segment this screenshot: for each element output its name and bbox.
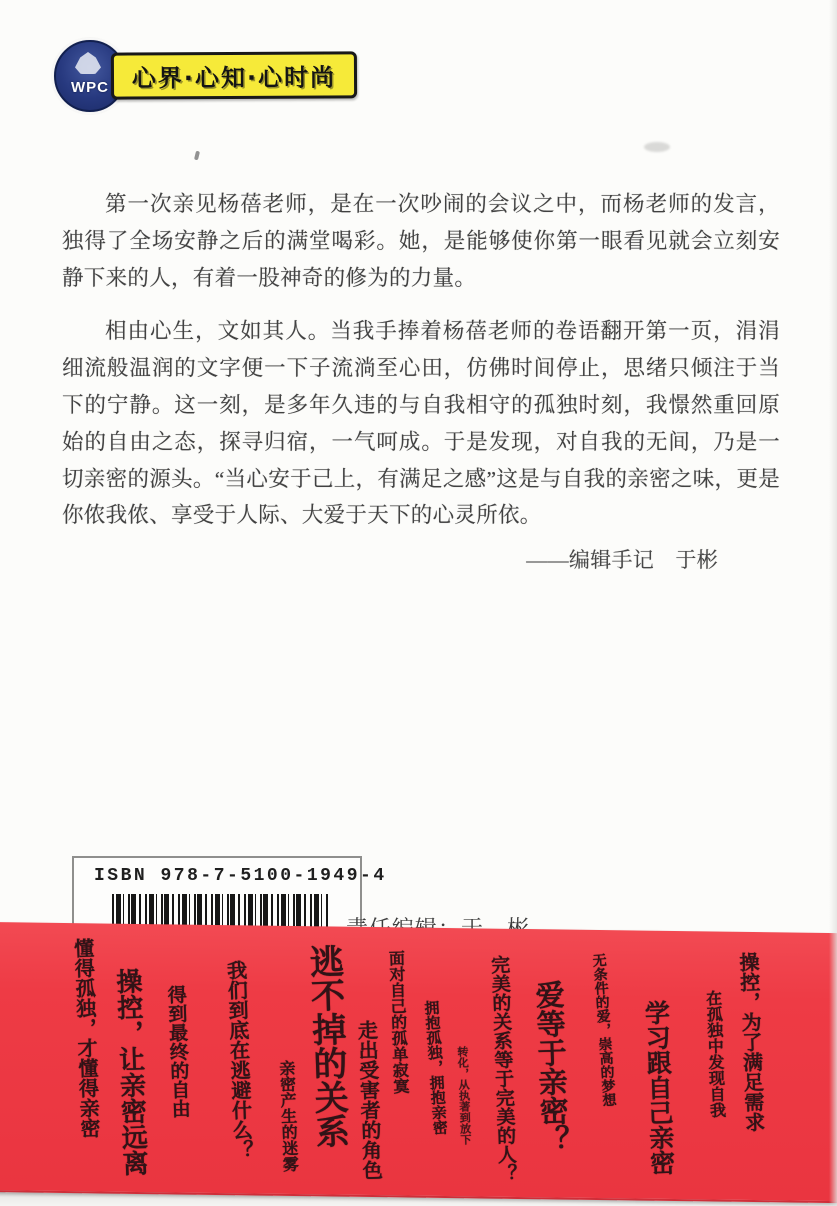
- editor-note: 第一次亲见杨蓓老师，是在一次吵闹的会议之中，而杨老师的发言，独得了全场安静之后的…: [62, 186, 780, 579]
- scan-smudge: [644, 142, 670, 152]
- banner-column: 爱等于亲密？: [533, 980, 569, 1155]
- series-title-banner: 心界·心知·心时尚: [111, 51, 357, 99]
- publisher-emblem-icon: [75, 52, 101, 74]
- editor-note-signature: ——编辑手记 于彬: [62, 542, 780, 579]
- book-page: WPC 心界·心知·心时尚 第一次亲见杨蓓老师，是在一次吵闹的会议之中，而杨老师…: [0, 0, 837, 1206]
- page-right-edge: [829, 0, 837, 1206]
- series-title-text: 心界·心知·心时尚: [132, 57, 336, 93]
- banner-column: 操控，为了满足需求: [737, 952, 764, 1133]
- banner-column: 亲密产生的迷雾: [277, 1060, 298, 1173]
- editor-note-paragraph-1: 第一次亲见杨蓓老师，是在一次吵闹的会议之中，而杨老师的发言，独得了全场安静之后的…: [62, 186, 780, 296]
- banner-column: 得到最终的自由: [165, 985, 189, 1119]
- banner-column: 走出受害者的角色: [355, 1020, 381, 1181]
- banner-column: 在孤独中发现自我: [704, 990, 725, 1119]
- banner-column: 懂得孤独，才懂得亲密: [72, 938, 100, 1139]
- banner-column: 操控，让亲密远离: [112, 968, 146, 1177]
- banner-column: 学习跟自己亲密: [642, 1000, 674, 1176]
- isbn-number: ISBN 978-7-5100-1949-4: [94, 866, 344, 886]
- ink-speck: [194, 151, 200, 161]
- banner-column: 逃不掉的关系: [304, 943, 346, 1148]
- banner-column: 我们到底在逃避什么？: [225, 960, 253, 1161]
- editor-note-paragraph-2: 相由心生，文如其人。当我手捧着杨蓓老师的卷语翻开第一页，涓涓细流般温润的文字便一…: [62, 313, 780, 534]
